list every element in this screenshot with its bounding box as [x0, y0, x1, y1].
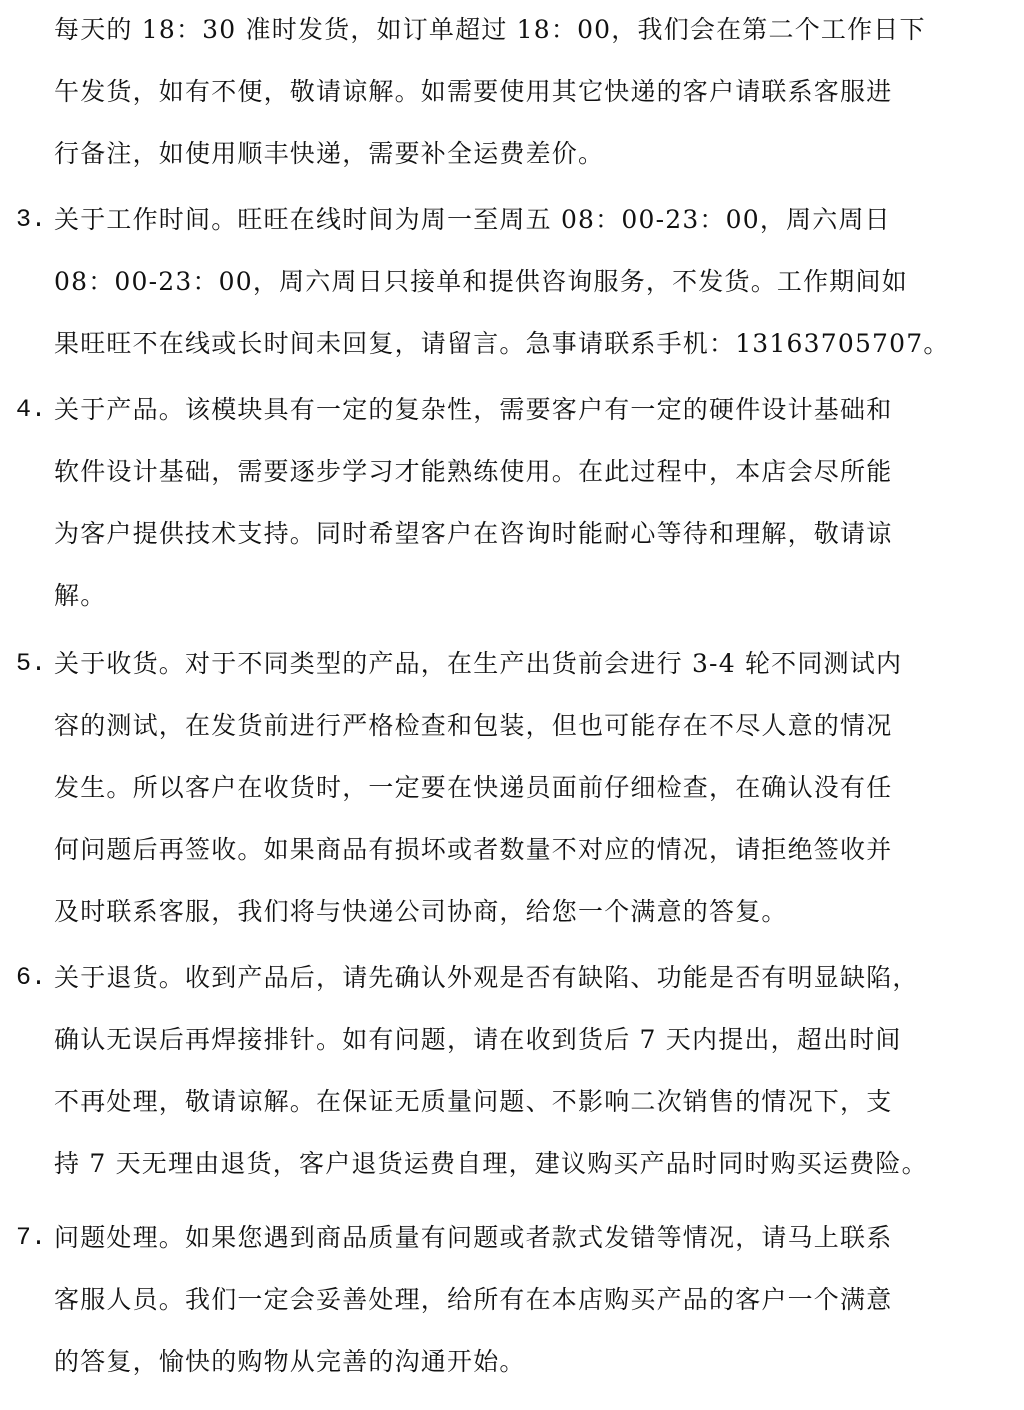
text-line: 持 7 天无理由退货，客户退货运费自理，建议购买产品时同时购买运费险。: [54, 1147, 974, 1181]
text-line: 08：00-23：00，周六周日只接单和提供咨询服务，不发货。工作期间如: [54, 265, 974, 299]
text-line: 关于退货。收到产品后，请先确认外观是否有缺陷、功能是否有明显缺陷，: [54, 961, 974, 995]
item-number: 6.: [16, 961, 46, 995]
text-line: 行备注，如使用顺丰快递，需要补全运费差价。: [54, 137, 974, 171]
text-line: 午发货，如有不便，敬请谅解。如需要使用其它快递的客户请联系客服进: [54, 75, 974, 109]
text-line: 确认无误后再焊接排针。如有问题，请在收到货后 7 天内提出，超出时间: [54, 1023, 974, 1057]
text-line: 问题处理。如果您遇到商品质量有问题或者款式发错等情况，请马上联系: [54, 1221, 974, 1255]
text-line: 的答复，愉快的购物从完善的沟通开始。: [54, 1345, 974, 1379]
text-line: 客服人员。我们一定会妥善处理，给所有在本店购买产品的客户一个满意: [54, 1283, 974, 1317]
text-line: 关于收货。对于不同类型的产品，在生产出货前会进行 3-4 轮不同测试内: [54, 647, 974, 681]
item-number: 3.: [16, 203, 46, 237]
text-line: 软件设计基础，需要逐步学习才能熟练使用。在此过程中，本店会尽所能: [54, 455, 974, 489]
text-line: 不再处理，敬请谅解。在保证无质量问题、不影响二次销售的情况下，支: [54, 1085, 974, 1119]
text-line: 每天的 18：30 准时发货，如订单超过 18：00，我们会在第二个工作日下: [54, 13, 974, 47]
text-line: 关于工作时间。旺旺在线时间为周一至周五 08：00-23：00，周六周日: [54, 203, 974, 237]
item-number: 4.: [16, 393, 46, 427]
text-line: 解。: [54, 579, 974, 613]
text-line: 发生。所以客户在收货时，一定要在快递员面前仔细检查，在确认没有任: [54, 771, 974, 805]
item-number: 5.: [16, 647, 46, 681]
text-line: 何问题后再签收。如果商品有损坏或者数量不对应的情况，请拒绝签收并: [54, 833, 974, 867]
item-number: 7.: [16, 1221, 46, 1255]
text-line: 关于产品。该模块具有一定的复杂性，需要客户有一定的硬件设计基础和: [54, 393, 974, 427]
text-line: 容的测试，在发货前进行严格检查和包装，但也可能存在不尽人意的情况: [54, 709, 974, 743]
text-line: 果旺旺不在线或长时间未回复，请留言。急事请联系手机：13163705707。: [54, 327, 974, 361]
text-line: 为客户提供技术支持。同时希望客户在咨询时能耐心等待和理解，敬请谅: [54, 517, 974, 551]
text-line: 及时联系客服，我们将与快递公司协商，给您一个满意的答复。: [54, 895, 974, 929]
